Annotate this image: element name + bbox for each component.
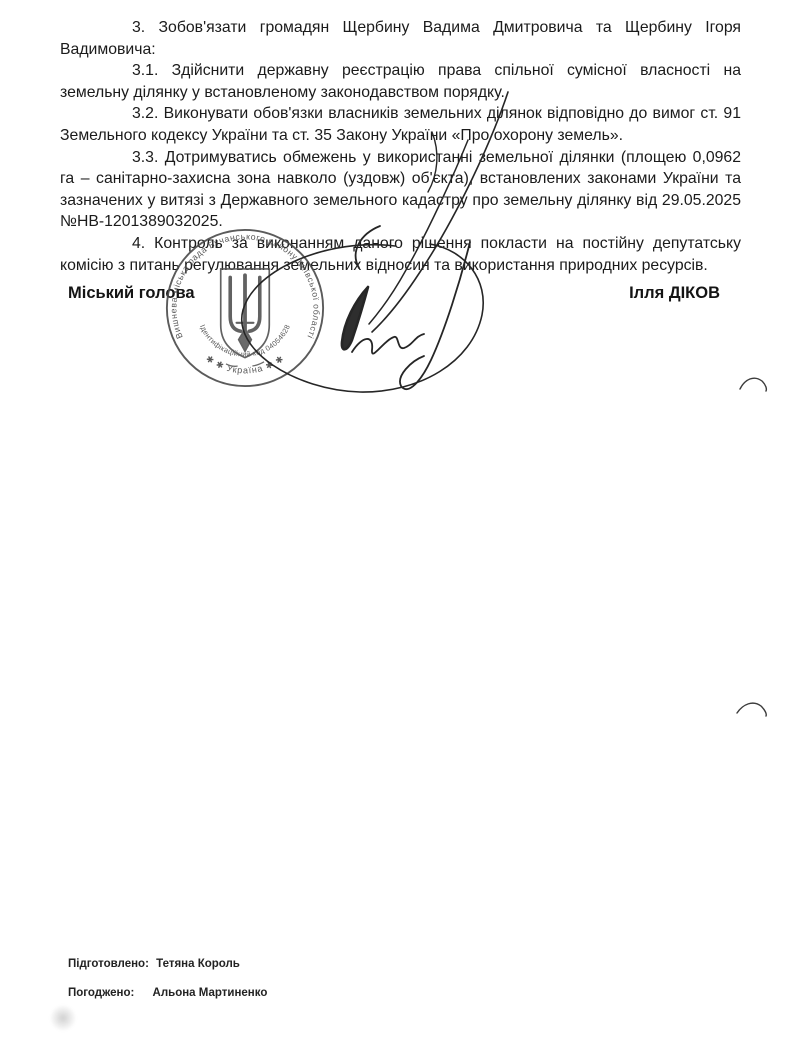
official-name: Ілля ДІКОВ <box>629 284 720 303</box>
paragraph-item-3: 3. Зобов'язати громадян Щербину Вадима Д… <box>60 17 741 60</box>
scan-artifact-arc-1 <box>735 372 771 396</box>
scanned-document-page: 3. Зобов'язати громадян Щербину Вадима Д… <box>0 0 800 1041</box>
agreed-by-name: Альона Мартиненко <box>153 987 268 999</box>
scan-artifact-arc-2 <box>731 697 771 721</box>
scan-smudge <box>50 1004 76 1032</box>
prepared-by-line: Підготовлено: Тетяна Король <box>68 958 267 970</box>
prepared-by-name: Тетяна Король <box>156 958 240 970</box>
agreed-by-line: Погоджено: Альона Мартиненко <box>68 987 267 999</box>
prepared-by-label: Підготовлено: <box>68 958 149 970</box>
signature-scrawl <box>220 80 550 410</box>
agreed-by-label: Погоджено: <box>68 987 134 999</box>
document-footer: Підготовлено: Тетяна Король Погоджено: А… <box>68 958 267 999</box>
